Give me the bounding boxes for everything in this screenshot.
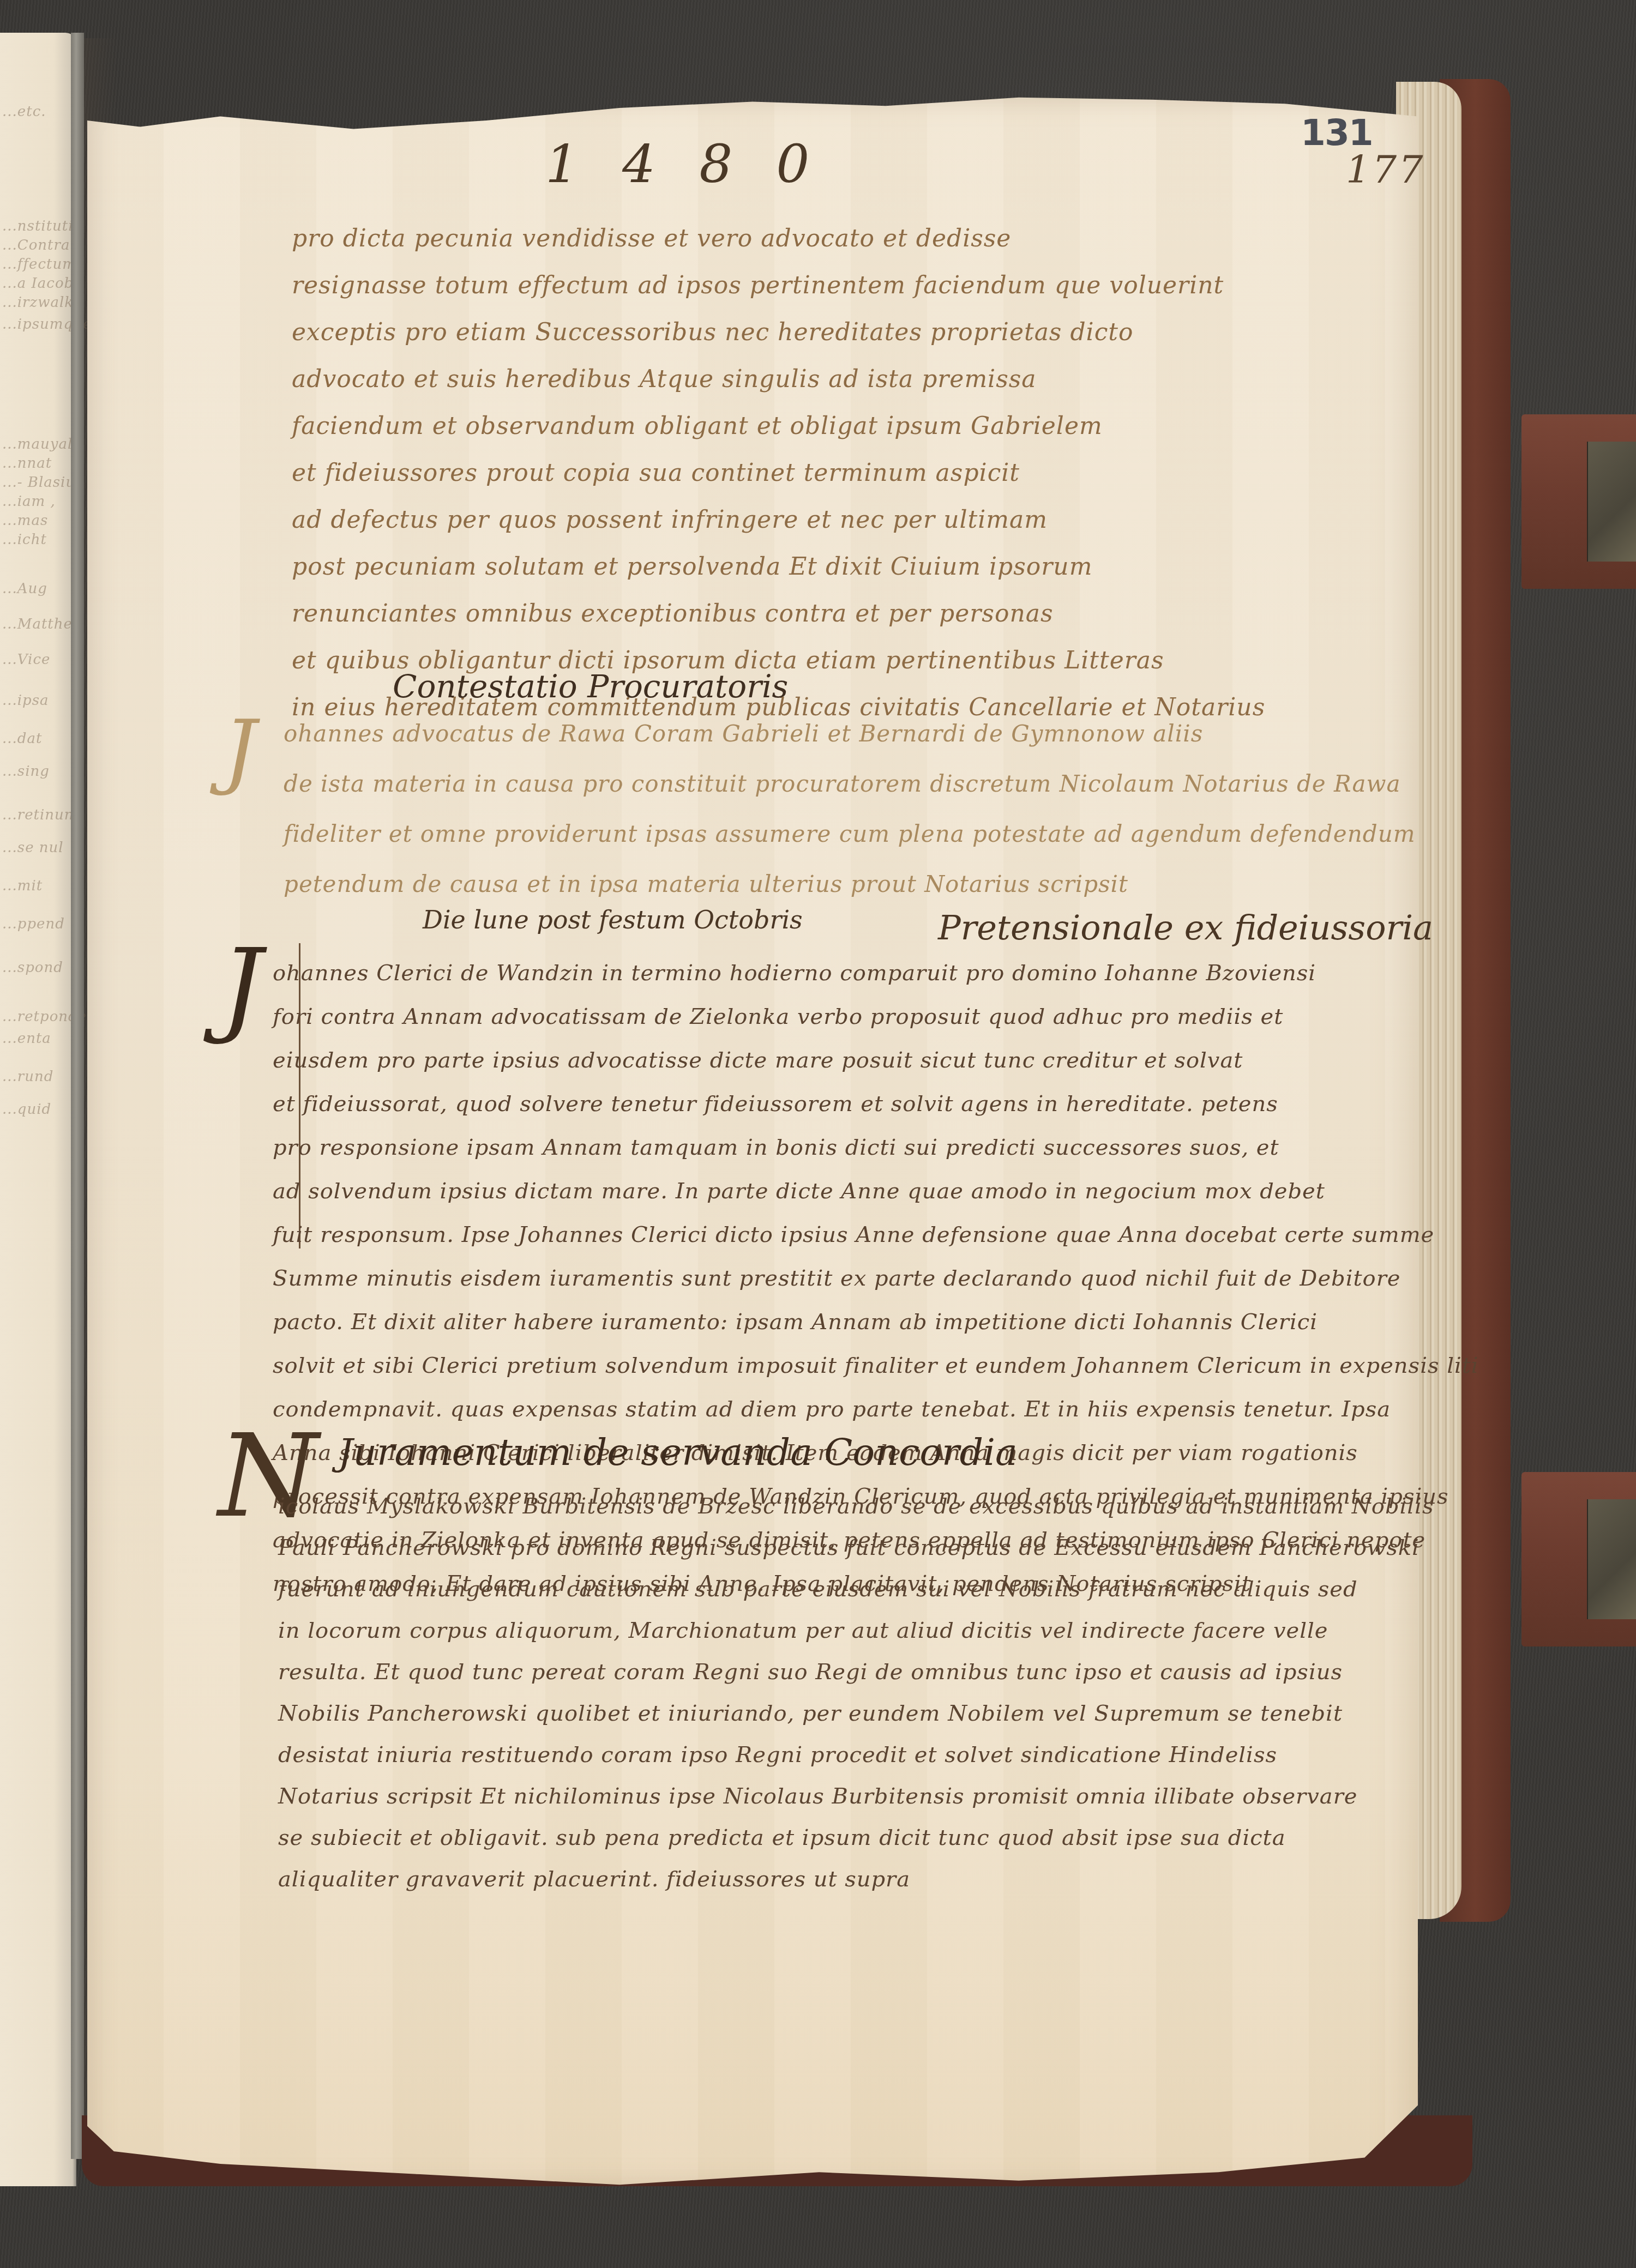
lower-clasp-strap [1521,1472,1636,1646]
text-line: renunciantes omnibus exceptionibus contr… [292,590,1265,637]
bleed-through-fragment: ...quid [2,1101,51,1118]
bleed-through-fragment: ...enta [2,1030,51,1047]
bleed-through-fragment: ...ppend [2,916,65,932]
bleed-through-fragment: ...mas [2,512,48,529]
text-line: eiusdem pro parte ipsius advocatisse dic… [273,1039,1479,1082]
text-line: ad solvendum ipsius dictam mare. In part… [273,1169,1479,1213]
text-line: et fideiussores prout copia sua continet… [292,450,1265,497]
date-line: Die lune post festum Octobris [423,905,803,934]
text-line: solvit et sibi Clerici pretium solvendum… [273,1344,1479,1388]
bleed-through-fragment: ...Contra [2,237,70,254]
bleed-through-fragment: ...Aug [2,581,47,597]
text-line: Pauli Pancherowski pro domino Regni susp… [278,1527,1434,1569]
juramentum-text: icolaus Myslakowski Burbitensis de Brzes… [278,1486,1434,1900]
upper-clasp-strap [1521,414,1636,589]
bleed-through-fragment: ...nnat [2,455,52,472]
bleed-through-fragment: ...etc. [2,104,46,120]
text-line: condempnavit. quas expensas statim ad di… [273,1388,1479,1431]
text-line: ad defectus per quos possent infringere … [292,497,1265,544]
book-gutter [71,33,84,2159]
bleed-through-fragment: ...Matthei [2,616,77,632]
text-line: Nobilis Pancherowski quolibet et iniuria… [278,1693,1434,1734]
bleed-through-fragment: ...ffectum, [2,256,81,273]
text-line: ohannes advocatus de Rawa Coram Gabrieli… [284,709,1416,759]
text-line: Notarius scripsit Et nichilominus ipse N… [278,1776,1434,1817]
bleed-through-fragment: ...sing [2,763,50,780]
procuratoris-text: ohannes advocatus de Rawa Coram Gabrieli… [284,709,1416,909]
text-line: fuit responsum. Ipse Johannes Clerici di… [273,1213,1479,1257]
year-heading: 1480 [545,134,853,195]
text-line: fori contra Annam advocatissam de Zielon… [273,995,1479,1039]
bleed-through-fragment: ...mit [2,878,43,894]
text-line: de ista materia in causa pro constituit … [284,759,1416,809]
bleed-through-fragment: ...retinun [2,807,74,823]
upper-clasp-metal [1587,442,1636,562]
text-line: fuerunt ad iniungendum cautionem sub par… [278,1569,1434,1610]
old-foliation-number: 177 [1346,147,1426,192]
bleed-through-fragment: ...icht [2,532,47,548]
text-line: petendum de causa et in ipsa materia ult… [284,859,1416,909]
bleed-through-fragment: ...ipsa [2,692,49,709]
section-heading-procuratoris: Contestatio Procuratoris [393,668,788,705]
bleed-through-fragment: ...se nul [2,840,64,856]
bleed-through-fragment: ...irzwalk. [2,294,79,311]
text-line: Summe minutis eisdem iuramentis sunt pre… [273,1257,1479,1300]
initial-letter: J [221,927,262,1047]
text-line: in locorum corpus aliquorum, Marchionatu… [278,1610,1434,1651]
bleed-through-fragment: ...rund [2,1069,53,1085]
bleed-through-fragment: ...iam , [2,493,56,510]
text-line: fideliter et omne providerunt ipsas assu… [284,809,1416,859]
entry-continuation-text: pro dicta pecunia vendidisse et vero adv… [292,215,1265,731]
text-line: resignasse totum effectum ad ipsos perti… [292,262,1265,309]
text-line: pro dicta pecunia vendidisse et vero adv… [292,215,1265,262]
section-heading-pretensionale: Pretensionale ex fideiussoria [938,908,1433,948]
section-heading-juramentum: Juramentum de servanda Concordia [338,1431,1017,1474]
text-line: faciendum et observandum obligant et obl… [292,403,1265,450]
left-page-edge: ...etc....nstituti...Contra...ffectum,..… [0,33,76,2186]
text-line: ohannes Clerici de Wandzin in termino ho… [273,951,1479,995]
text-line: desistat iniuria restituendo coram ipso … [278,1734,1434,1776]
text-line: advocato et suis heredibus Atque singuli… [292,356,1265,403]
initial-letter: J [224,703,256,798]
text-line: et fideiussorat, quod solvere tenetur fi… [273,1082,1479,1126]
text-line: post pecuniam solutam et persolvenda Et … [292,544,1265,590]
text-line: exceptis pro etiam Successoribus nec her… [292,309,1265,356]
bleed-through-fragment: ...nstituti [2,218,74,234]
text-line: se subiecit et obligavit. sub pena predi… [278,1817,1434,1859]
bleed-through-fragment: ...Vice [2,652,50,668]
bleed-through-fragment: ...dat [2,731,42,747]
text-line: pacto. Et dixit aliter habere iuramento:… [273,1300,1479,1344]
text-line: pro responsione ipsam Annam tamquam in b… [273,1126,1479,1169]
bleed-through-fragment: ...spond [2,960,63,976]
lower-clasp-metal [1587,1499,1636,1619]
bleed-through-fragment: ...mauyal [2,436,73,453]
text-line: icolaus Myslakowski Burbitensis de Brzes… [278,1486,1434,1527]
text-line: aliqualiter gravaverit placuerint. fidei… [278,1859,1434,1900]
text-line: resulta. Et quod tunc pereat coram Regni… [278,1651,1434,1693]
